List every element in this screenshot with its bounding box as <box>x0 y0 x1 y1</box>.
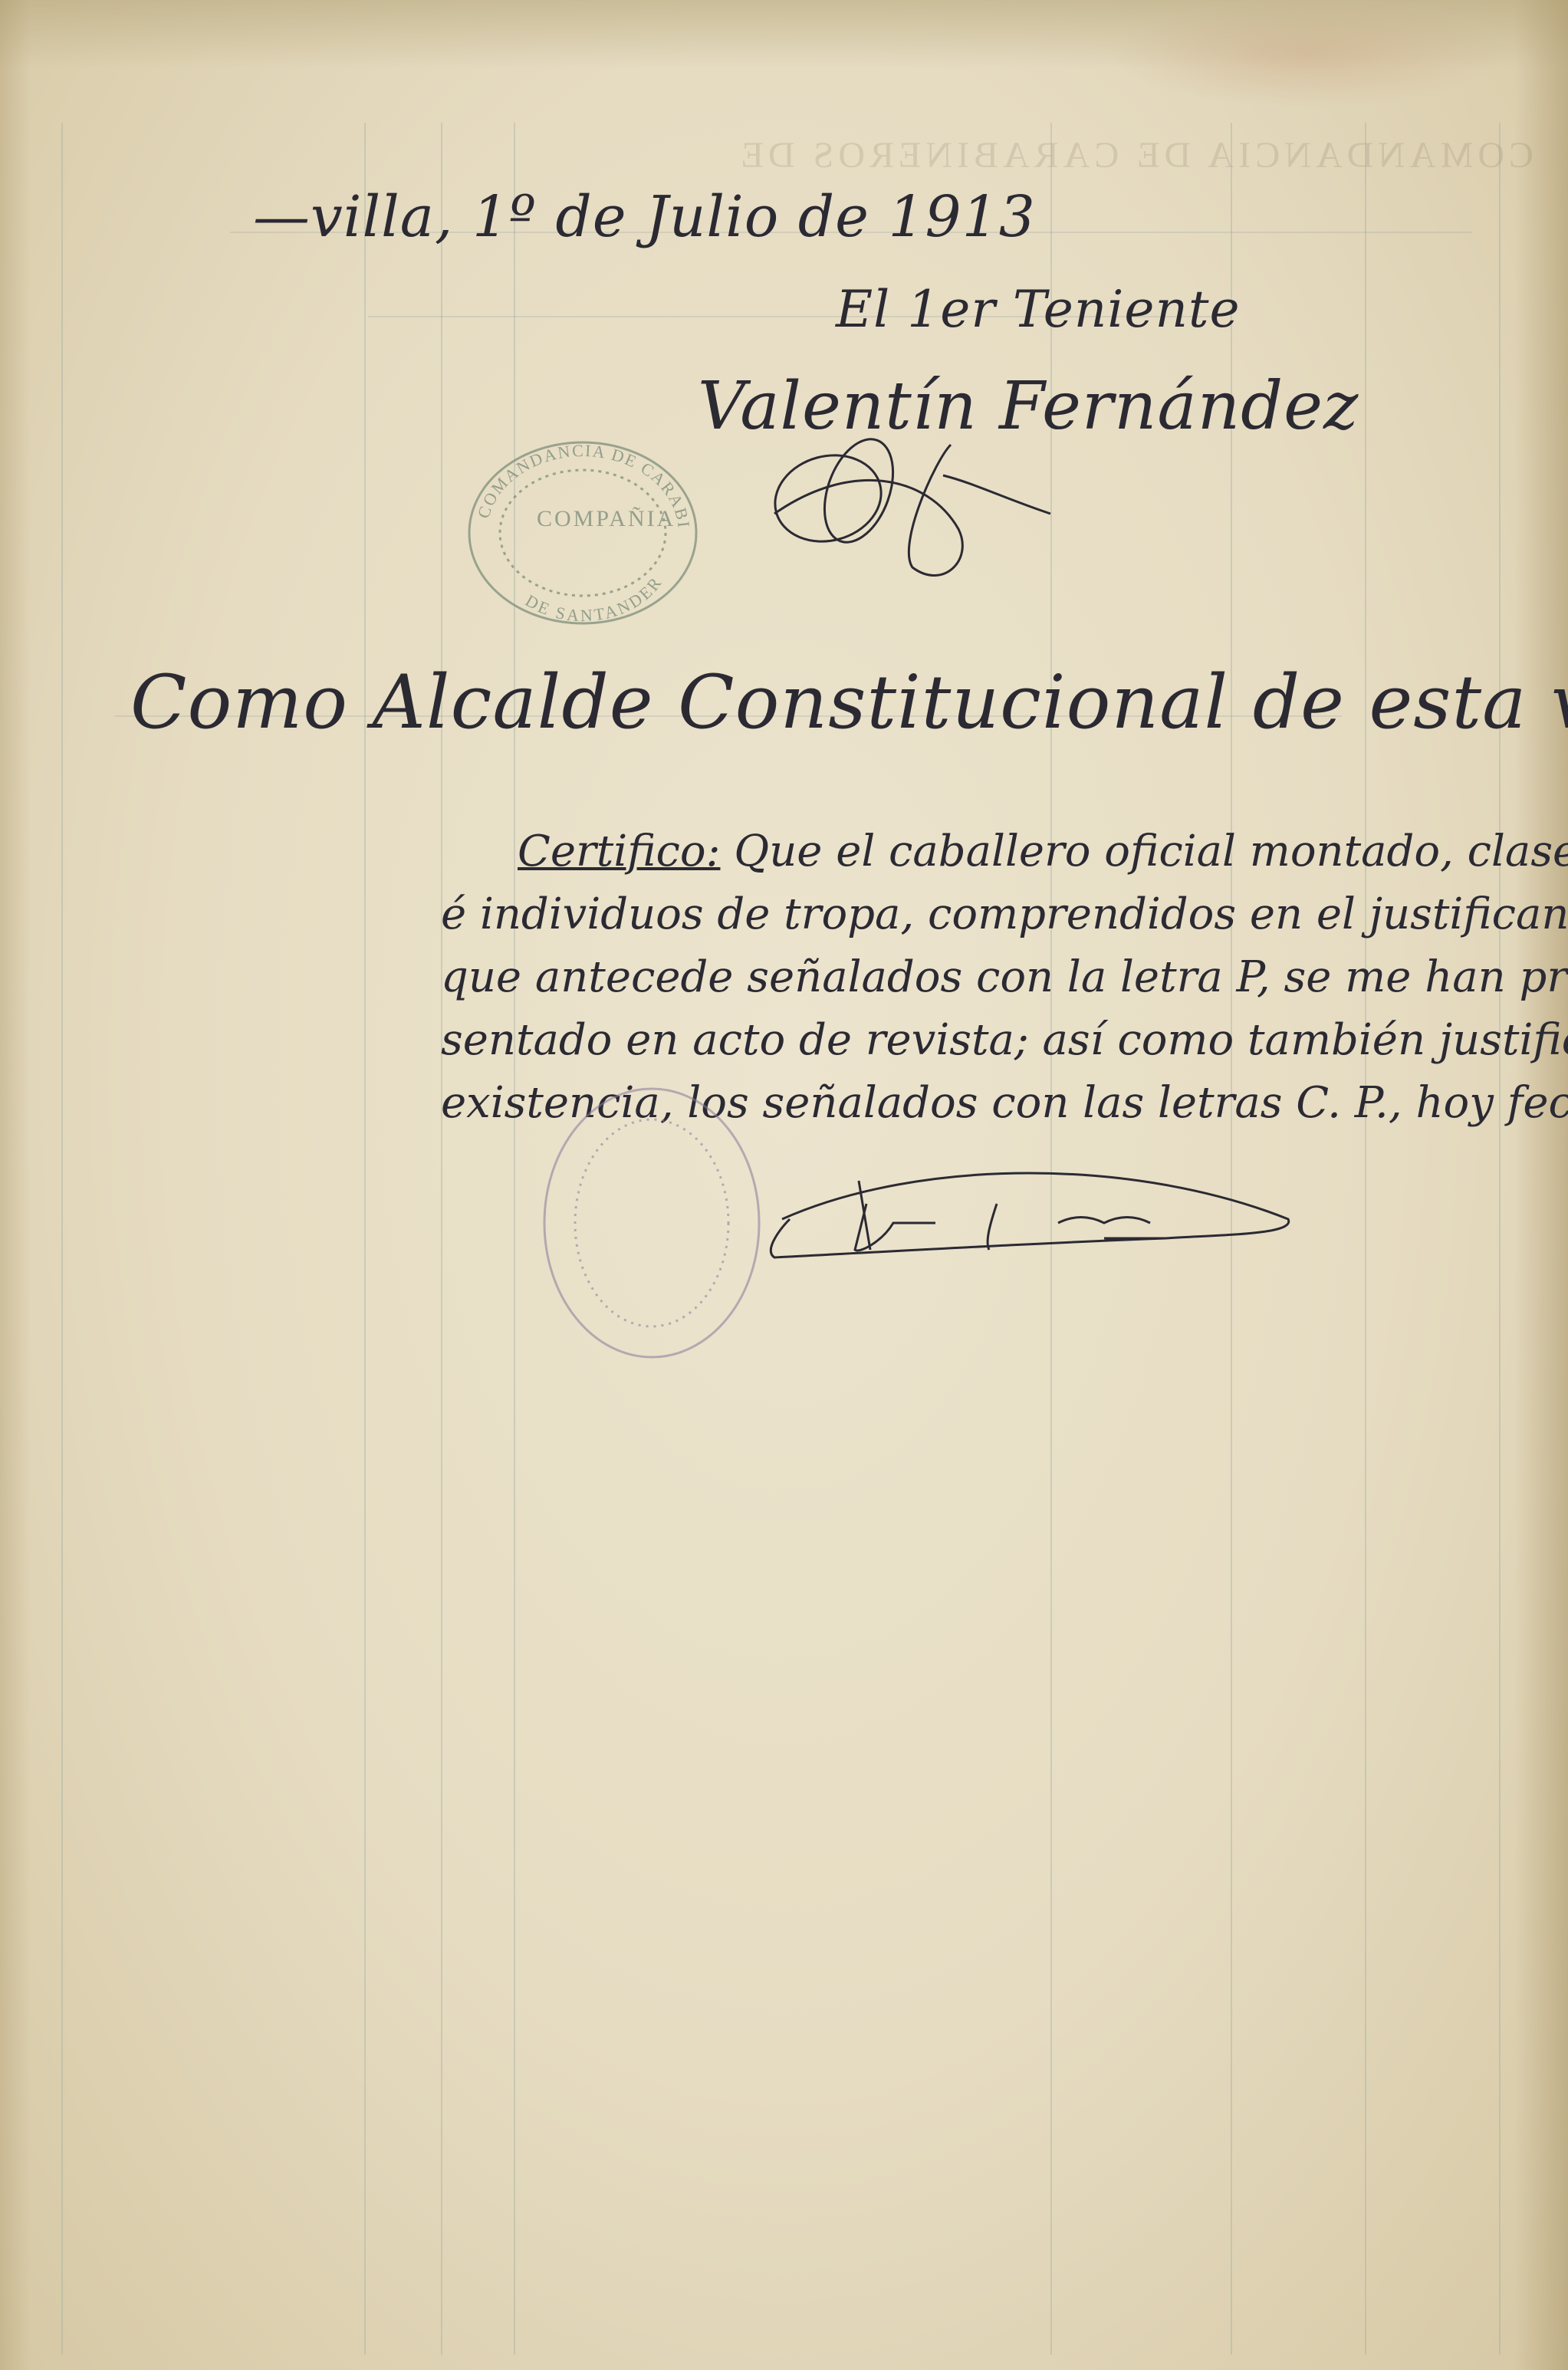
mayor-seal-icon <box>537 1081 767 1365</box>
body-line-1: Certifico: Que el caballero oficial mont… <box>441 820 1514 883</box>
ruled-line <box>1499 123 1501 2355</box>
certificate-heading: Como Alcalde Constitucional de esta vill… <box>130 659 1568 745</box>
document-page: COMANDANCIA DE CARABINEROS DE —villa, 1º… <box>0 0 1568 2370</box>
ruled-line <box>441 123 442 2355</box>
paper-edge-right <box>1514 0 1568 2370</box>
svg-text:DE SANTANDER: DE SANTANDER <box>522 572 666 625</box>
body-line-2: é individuos de tropa, comprendidos en e… <box>441 883 1514 946</box>
body-line-3: que antecede señalados con la letra P, s… <box>441 946 1514 1009</box>
ruled-line <box>61 123 63 2355</box>
official-seal-icon: COMANDANCIA DE CARABINEROS DE SANTANDER <box>464 437 702 629</box>
body-line-4: sentado en acto de revista; así como tam… <box>441 1009 1514 1072</box>
body-text: Que el caballero oficial montado, clases <box>734 827 1568 876</box>
ruled-line <box>1365 123 1366 2355</box>
paper-edge-left <box>0 0 31 2370</box>
seal-inner-text: COMPAÑIA <box>537 506 676 532</box>
bleed-through-text: COMANDANCIA DE CARABINEROS DE <box>77 134 1533 176</box>
paper-stain <box>1108 0 1507 107</box>
signature-flourish-icon <box>759 429 1081 598</box>
certifico-word: Certifico: <box>518 827 720 876</box>
rank-line: El 1er Teniente <box>836 280 1241 339</box>
ruled-line <box>364 123 366 2355</box>
date-line: —villa, 1º de Julio de 1913 <box>253 184 1036 250</box>
